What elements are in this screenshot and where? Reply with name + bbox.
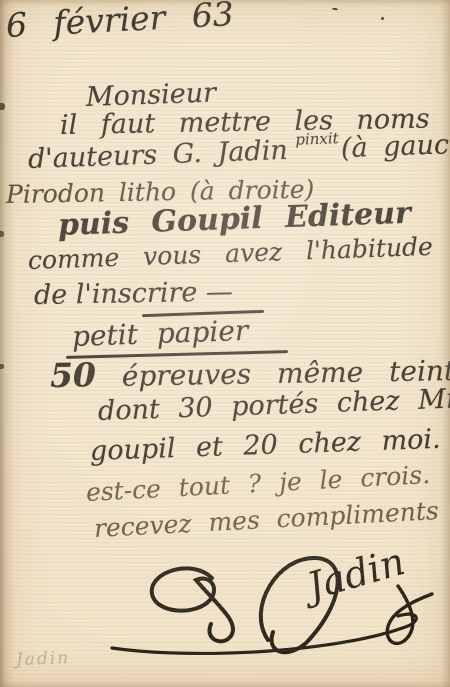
ink-speck (0, 231, 4, 237)
date-line: 6 février 63 (5, 0, 235, 45)
ink-speck (381, 17, 384, 20)
a-gauche-text: (à gauche) (340, 128, 450, 164)
ink-speck (332, 8, 338, 11)
signature-flourish: Jadin (100, 548, 445, 660)
body-line-chez-moi: goupil et 20 chez moi. (89, 424, 441, 467)
body-line-inscrire: de l'inscrire — (34, 277, 233, 311)
auteurs-text: d'auteurs G. Jadin (28, 135, 289, 175)
body-line-petit-papier: petit papier (71, 314, 248, 353)
pencil-annotation: Jadin (16, 648, 71, 670)
pinxit-superscript: pinxit (295, 129, 339, 149)
paper: 6 février 63 Monsieur il faut mettre les… (0, 0, 450, 687)
epreuves-count: 50 (50, 355, 97, 395)
ink-speck (0, 103, 5, 110)
ink-speck (0, 364, 4, 369)
